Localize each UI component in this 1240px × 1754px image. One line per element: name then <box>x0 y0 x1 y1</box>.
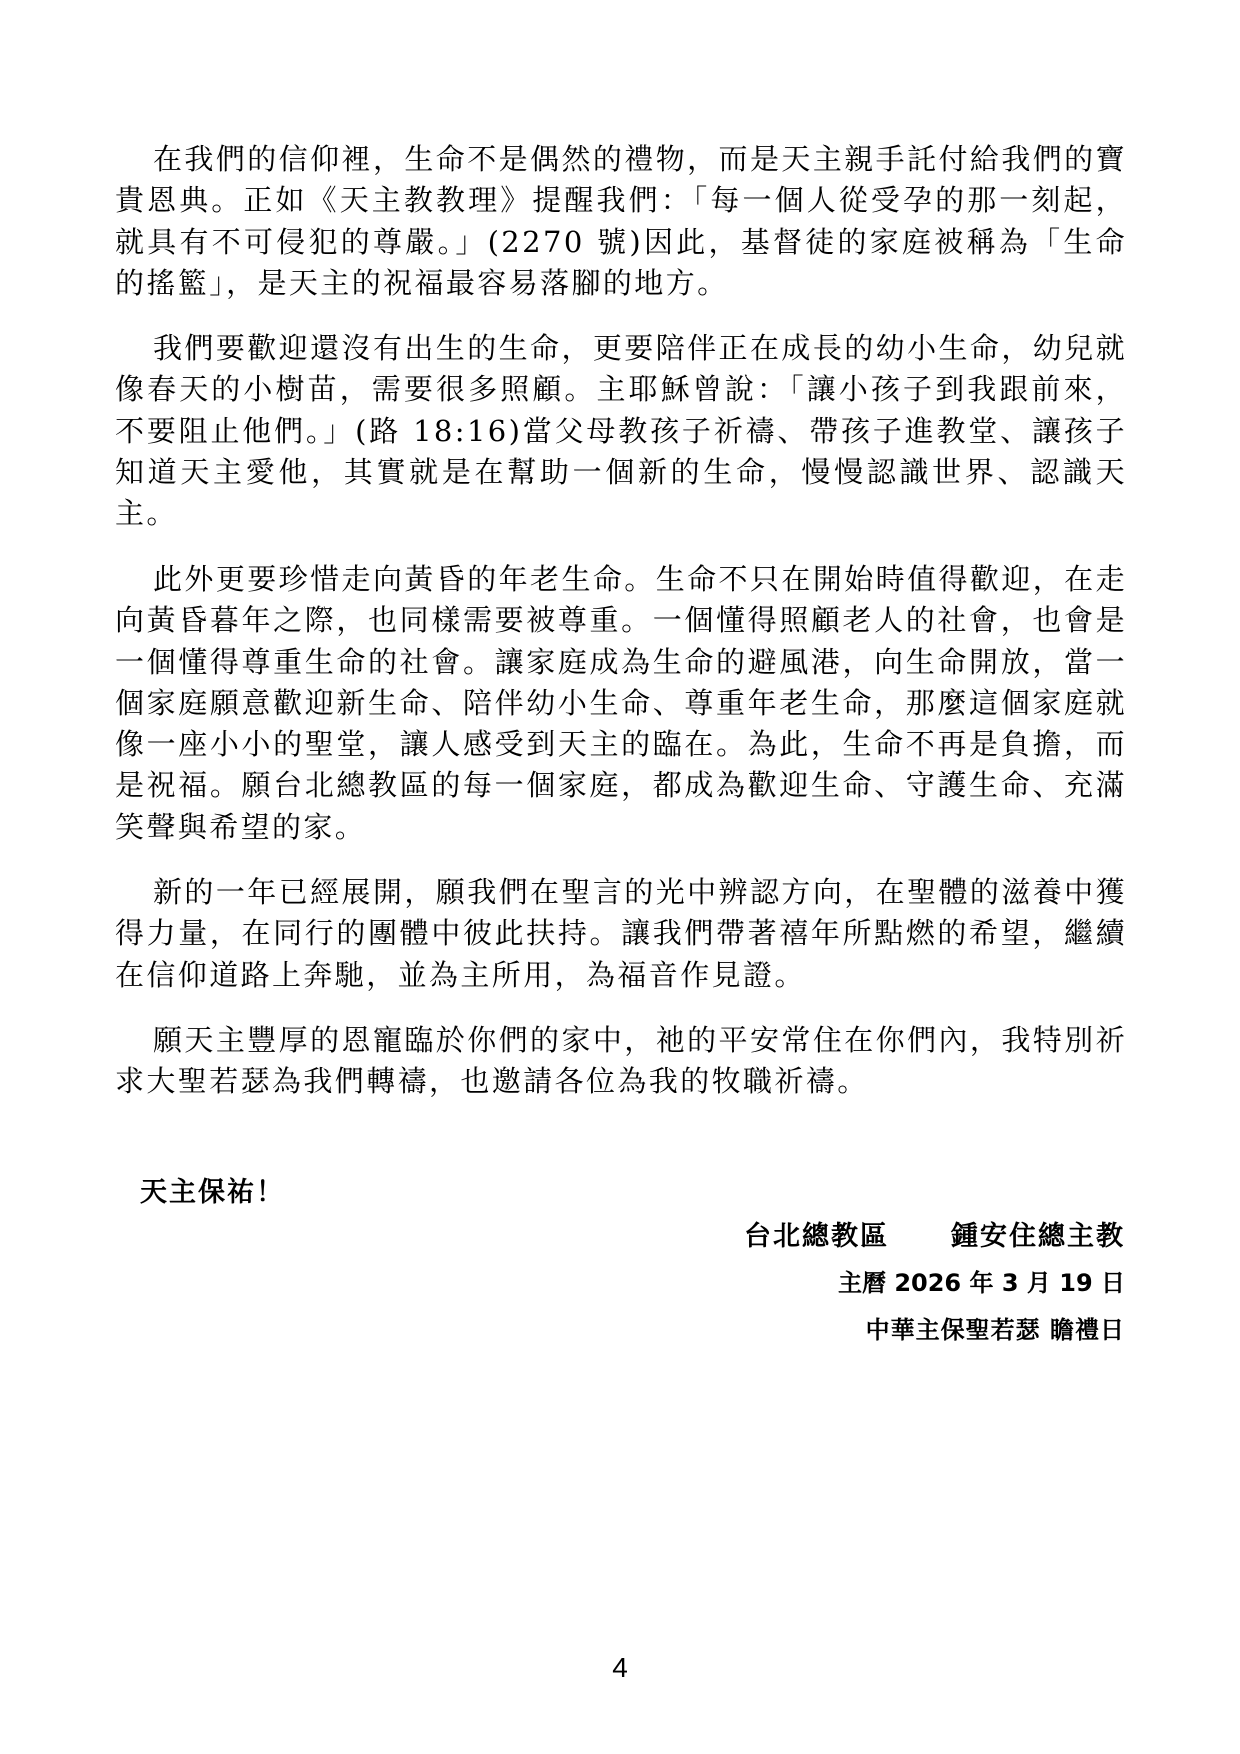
paragraph-cherish-elderly: 此外更要珍惜走向黃昏的年老生命。生命不只在開始時值得歡迎，在走向黃昏暮年之際，也… <box>115 559 1127 848</box>
signatory-name: 鍾安住總主教 <box>951 1221 1125 1252</box>
document-page: 在我們的信仰裡，生命不是偶然的禮物，而是天主親手託付給我們的寶貴恩典。正如《天主… <box>0 0 1240 1754</box>
letter-date: 主曆 2026 年 3 月 19 日 <box>838 1265 1125 1301</box>
page-number: 4 <box>0 1652 1240 1684</box>
paragraph-gift-of-life: 在我們的信仰裡，生命不是偶然的禮物，而是天主親手託付給我們的寶貴恩典。正如《天主… <box>115 139 1127 304</box>
paragraph-prayer-request: 願天主豐厚的恩寵臨於你們的家中，祂的平安常住在你們內，我特別祈求大聖若瑟為我們轉… <box>115 1020 1127 1103</box>
paragraph-welcome-children: 我們要歡迎還沒有出生的生命，更要陪伴正在成長的幼小生命，幼兒就像春天的小樹苗，需… <box>115 328 1127 534</box>
archdiocese-name: 台北總教區 <box>744 1221 889 1252</box>
feast-day: 中華主保聖若瑟 瞻禮日 <box>866 1312 1125 1348</box>
signature-line: 台北總教區鍾安住總主教 <box>744 1219 1125 1255</box>
paragraph-new-year: 新的一年已經展開，願我們在聖言的光中辨認方向，在聖體的滋養中獲得力量，在同行的團… <box>115 872 1127 996</box>
closing-blessing: 天主保祐！ <box>140 1175 285 1211</box>
